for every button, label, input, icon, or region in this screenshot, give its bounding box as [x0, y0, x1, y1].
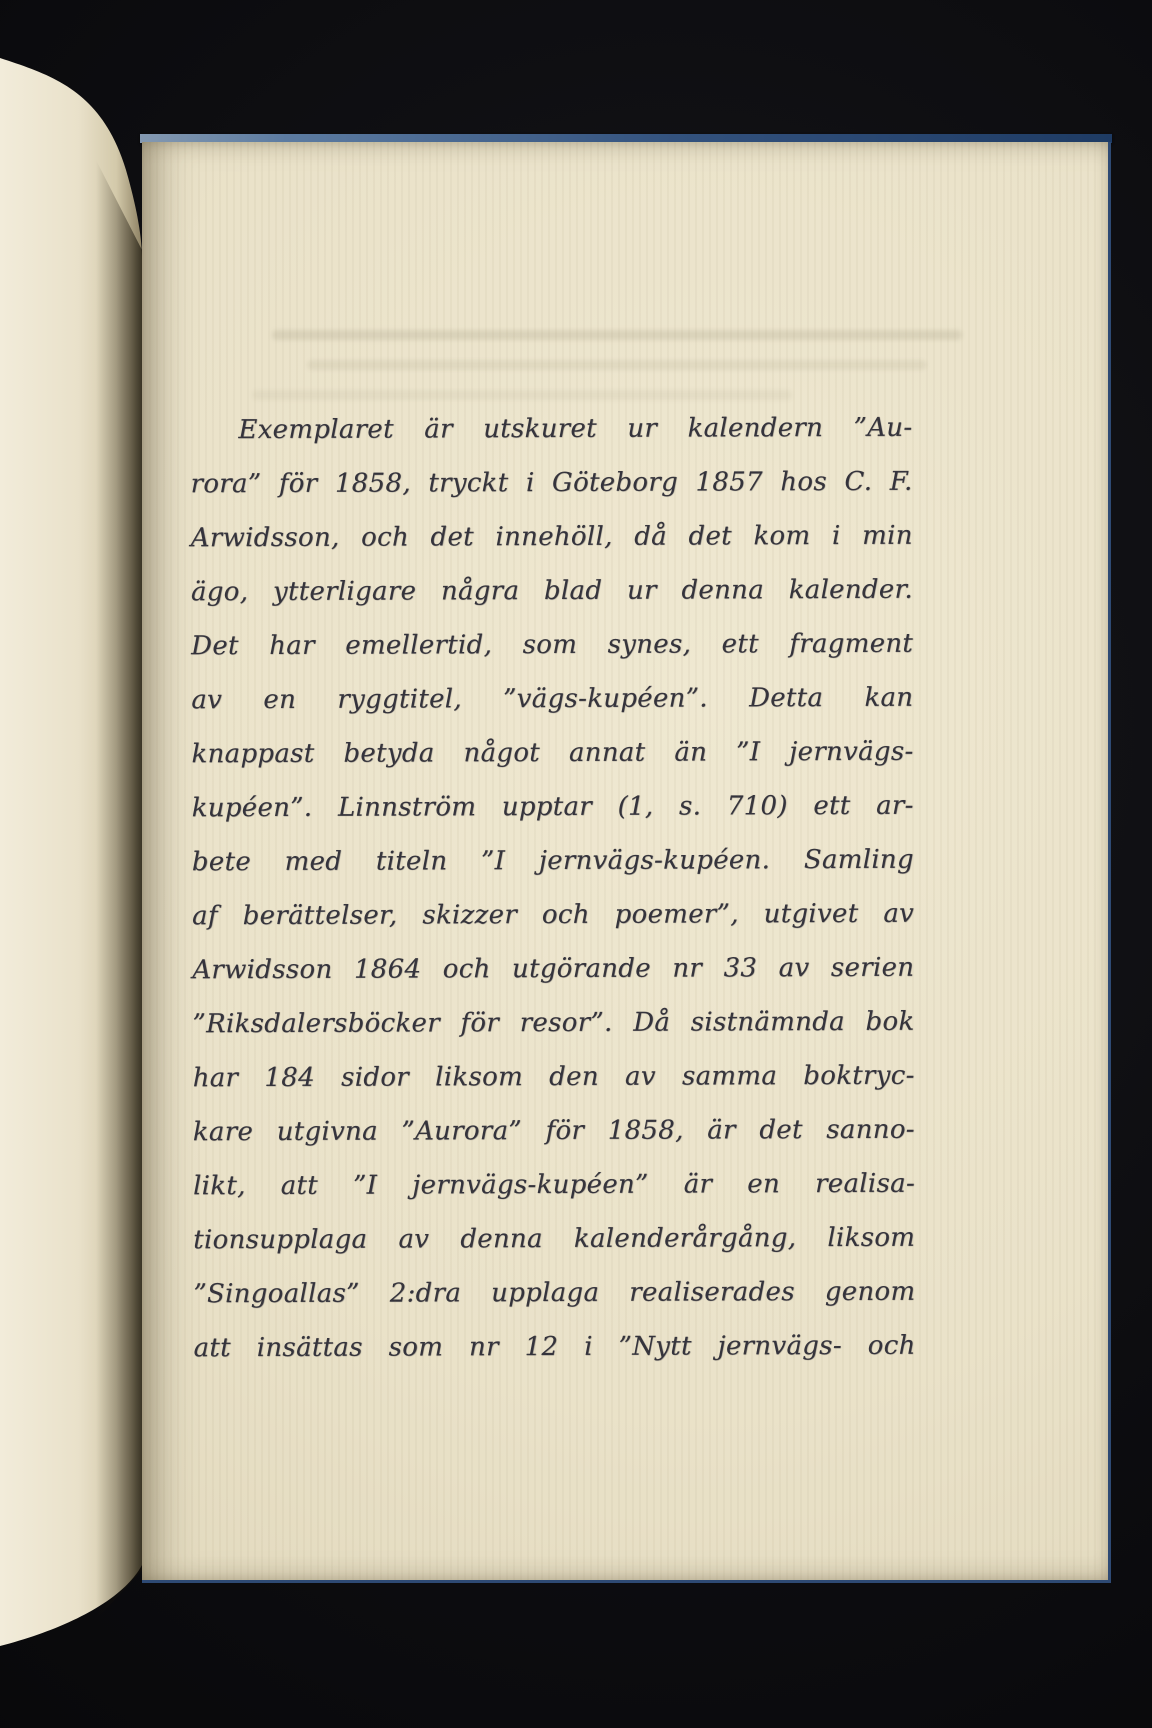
manuscript-line: har 184 sidor liksom den av samma boktry…	[193, 1049, 915, 1106]
manuscript-line: kupéen”. Linnström upptar (1, s. 710) et…	[192, 779, 914, 836]
manuscript-line: af berättelser, skizzer och poemer”, utg…	[192, 887, 914, 944]
manuscript-line: ägo, ytterligare några blad ur denna kal…	[191, 563, 913, 620]
manuscript-line: knappast betyda något annat än ”I jernvä…	[191, 725, 913, 782]
manuscript-line: Det har emellertid, som synes, ett fragm…	[191, 617, 913, 674]
manuscript-line: rora” för 1858, tryckt i Göteborg 1857 h…	[190, 455, 912, 512]
gutter-shadow	[96, 160, 142, 1620]
manuscript-line: att insättas som nr 12 i ”Nytt jernvägs-…	[194, 1319, 916, 1376]
manuscript-line: likt, att ”I jernvägs-kupéen” är en real…	[193, 1157, 915, 1214]
handwritten-text: Exemplaret är utskuret ur kalendern ”Au-…	[190, 401, 915, 1376]
book-page: Exemplaret är utskuret ur kalendern ”Au-…	[142, 142, 1111, 1583]
manuscript-line: av en ryggtitel, ”vägs-kupéen”. Detta ka…	[191, 671, 913, 728]
bleed-through-marks	[307, 360, 927, 370]
bleed-through-marks	[272, 330, 962, 340]
manuscript-line: ”Singoallas” 2:dra upplaga realiserades …	[193, 1265, 915, 1322]
manuscript-line: tionsupplaga av denna kalenderårgång, li…	[193, 1211, 915, 1268]
bleed-through-marks	[252, 390, 792, 400]
manuscript-line: Exemplaret är utskuret ur kalendern ”Au-	[190, 401, 912, 458]
manuscript-line: kare utgivna ”Aurora” för 1858, är det s…	[193, 1103, 915, 1160]
book-photograph: Exemplaret är utskuret ur kalendern ”Au-…	[0, 0, 1152, 1728]
manuscript-line: Arwidsson, och det innehöll, då det kom …	[191, 509, 913, 566]
manuscript-line: bete med titeln ”I jernvägs-kupéen. Saml…	[192, 833, 914, 890]
manuscript-line: Arwidsson 1864 och utgörande nr 33 av se…	[192, 941, 914, 998]
manuscript-line: ”Riksdalersböcker för resor”. Då sistnäm…	[192, 995, 914, 1052]
